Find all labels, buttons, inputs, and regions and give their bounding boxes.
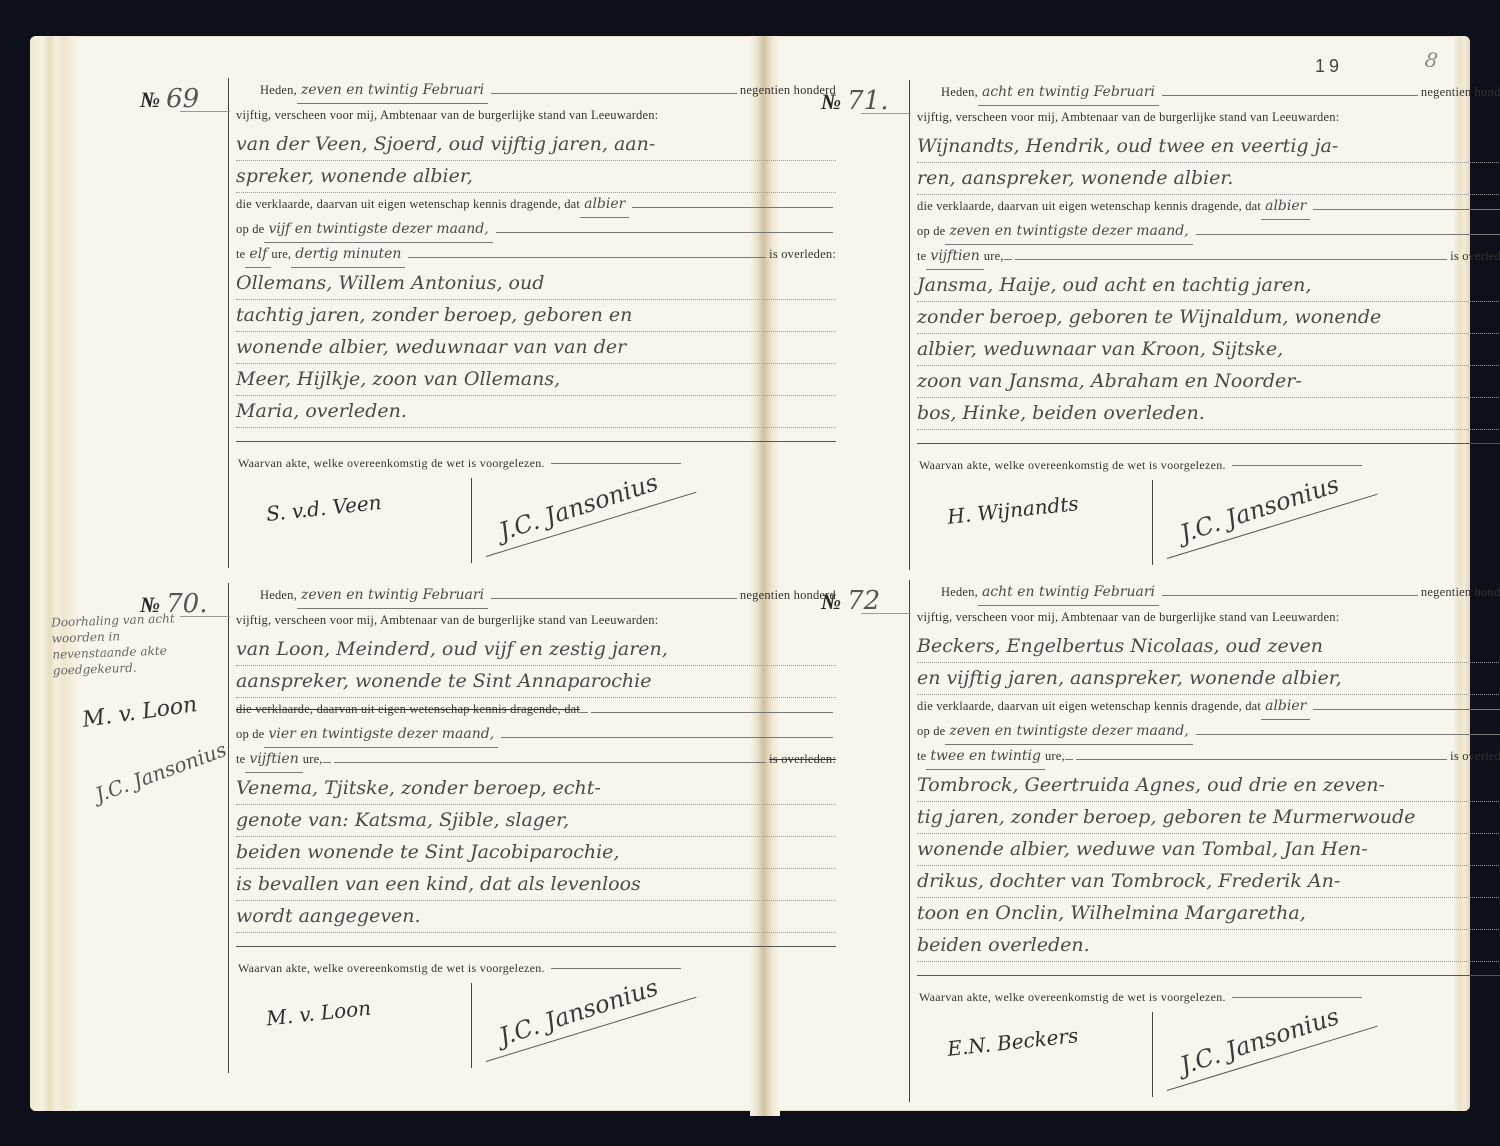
date-line: Heden, zeven en twintig Februari negenti… — [236, 78, 836, 103]
date-line: Heden, zeven en twintig Februari negenti… — [236, 583, 836, 608]
date-value: acht en twintig Februari — [978, 80, 1159, 106]
declarant-line: van der Veen, Sjoerd, oud vijftig jaren,… — [236, 128, 836, 160]
entry-rule — [228, 78, 229, 568]
deceased-line: albier, weduwnaar van Kroon, Sijtske, — [917, 333, 1500, 365]
deceased-line: zonder beroep, geboren te Wijnaldum, won… — [917, 301, 1500, 333]
entry-number: №71. — [821, 86, 889, 116]
day-line: op de zeven en twintigste dezer maand, — [917, 719, 1500, 744]
declarant-line: aanspreker, wonende te Sint Annaparochie — [236, 665, 836, 697]
declarant-signature: M. v. Loon — [265, 996, 372, 1031]
declarant-signature: S. v.d. Veen — [265, 490, 383, 526]
deceased-line: Ollemans, Willem Antonius, oud — [236, 267, 836, 299]
official-line: vijftig, verscheen voor mij, Ambtenaar v… — [917, 605, 1500, 630]
deceased-line: wordt aangegeven. — [236, 900, 836, 932]
day-line: op de vier en twintigste dezer maand, — [236, 722, 836, 747]
deceased-line: tig jaren, zonder beroep, geboren te Mur… — [917, 801, 1500, 833]
declarant-line: Wijnandts, Hendrik, oud twee en veertig … — [917, 130, 1500, 162]
time-line: te twee en twintig ure, is overleden: — [917, 744, 1500, 769]
date-value: zeven en twintig Februari — [297, 78, 488, 104]
time-line: te vijftien ure, is overleden: — [236, 747, 836, 772]
declarant-line: Beckers, Engelbertus Nicolaas, oud zeven — [917, 630, 1500, 662]
entry-number: №72 — [821, 586, 880, 616]
deceased-line: bos, Hinke, beiden overleden. — [917, 397, 1500, 429]
signature-block: E.N. Beckers J.C. Jansonius — [917, 1012, 1500, 1102]
time-line: te elf ure, dertig minuten is overleden: — [236, 242, 836, 267]
entry-rule — [909, 80, 910, 570]
closing-section: Waarvan akte, welke overeenkomstig de we… — [236, 946, 836, 1073]
time-line: te vijftien ure, is overleden: — [917, 244, 1500, 269]
deceased-line: is bevallen van een kind, dat als levenl… — [236, 868, 836, 900]
deceased-line: beiden overleden. — [917, 929, 1500, 961]
closing-section: Waarvan akte, welke overeenkomstig de we… — [917, 975, 1500, 1102]
deceased-line: beiden wonende te Sint Jacobiparochie, — [236, 836, 836, 868]
closing-section: Waarvan akte, welke overeenkomstig de we… — [917, 443, 1500, 570]
signature-block: M. v. Loon J.C. Jansonius — [236, 983, 836, 1073]
death-record-72: №72 Heden, acht en twintig Februari nege… — [917, 580, 1500, 1102]
deceased-line: Maria, overleden. — [236, 395, 836, 427]
declarant-line: en vijftig jaren, aanspreker, wonende al… — [917, 662, 1500, 694]
declaration-line: die verklaarde, daarvan uit eigen wetens… — [917, 194, 1500, 219]
deceased-line: zoon van Jansma, Abraham en Noorder- — [917, 365, 1500, 397]
deceased-line: Jansma, Haije, oud acht en tachtig jaren… — [917, 269, 1500, 301]
official-signature: J.C. Jansonius — [496, 973, 662, 1051]
official-signature: J.C. Jansonius — [496, 468, 662, 546]
declarant-line: ren, aanspreker, wonende albier. — [917, 162, 1500, 194]
declarant-line: spreker, wonende albier, — [236, 160, 836, 192]
deceased-line: wonende albier, weduwnaar van van der — [236, 331, 836, 363]
official-line: vijftig, verscheen voor mij, Ambtenaar v… — [236, 608, 836, 633]
official-signature: J.C. Jansonius — [1177, 1002, 1343, 1080]
death-record-71: №71. Heden, acht en twintig Februari neg… — [917, 80, 1500, 570]
declarant-signature: H. Wijnandts — [946, 491, 1080, 529]
date-value: acht en twintig Februari — [978, 580, 1159, 606]
date-value: zeven en twintig Februari — [297, 583, 488, 609]
official-line: vijftig, verscheen voor mij, Ambtenaar v… — [236, 103, 836, 128]
day-line: op de vijf en twintigste dezer maand, — [236, 217, 836, 242]
deceased-line: tachtig jaren, zonder beroep, geboren en — [236, 299, 836, 331]
deceased-line: Tombrock, Geertruida Agnes, oud drie en … — [917, 769, 1500, 801]
page-edges — [30, 36, 78, 1111]
date-line: Heden, acht en twintig Februari negentie… — [917, 80, 1500, 105]
official-line: vijftig, verscheen voor mij, Ambtenaar v… — [917, 105, 1500, 130]
declaration-line: die verklaarde, daarvan uit eigen wetens… — [236, 697, 836, 722]
signature-block: S. v.d. Veen J.C. Jansonius — [236, 478, 836, 568]
entry-rule — [909, 580, 910, 1102]
day-line: op de zeven en twintigste dezer maand, — [917, 219, 1500, 244]
official-signature: J.C. Jansonius — [1177, 470, 1343, 548]
deceased-line: wonende albier, weduwe van Tombal, Jan H… — [917, 833, 1500, 865]
deceased-line: Meer, Hijlkje, zoon van Ollemans, — [236, 363, 836, 395]
declarant-line: van Loon, Meinderd, oud vijf en zestig j… — [236, 633, 836, 665]
declaration-line: die verklaarde, daarvan uit eigen wetens… — [917, 694, 1500, 719]
deceased-line: genote van: Katsma, Sjible, slager, — [236, 804, 836, 836]
folio-number: 19 — [1315, 56, 1343, 77]
death-record-70: №70. Heden, zeven en twintig Februari ne… — [236, 583, 836, 1073]
declaration-line: die verklaarde, daarvan uit eigen wetens… — [236, 192, 836, 217]
margin-annotation: Doorhaling van acht woorden in nevenstaa… — [51, 609, 203, 678]
deceased-line: Venema, Tjitske, zonder beroep, echt- — [236, 772, 836, 804]
closing-section: Waarvan akte, welke overeenkomstig de we… — [236, 441, 836, 568]
entry-number: №69 — [140, 84, 199, 114]
signature-block: H. Wijnandts J.C. Jansonius — [917, 480, 1500, 570]
declarant-signature: E.N. Beckers — [946, 1023, 1079, 1061]
entry-rule — [228, 583, 229, 1073]
death-record-69: №69 Heden, zeven en twintig Februari neg… — [236, 78, 836, 568]
deceased-line: drikus, dochter van Tombrock, Frederik A… — [917, 865, 1500, 897]
deceased-line: toon en Onclin, Wilhelmina Margaretha, — [917, 897, 1500, 929]
date-line: Heden, acht en twintig Februari negentie… — [917, 580, 1500, 605]
